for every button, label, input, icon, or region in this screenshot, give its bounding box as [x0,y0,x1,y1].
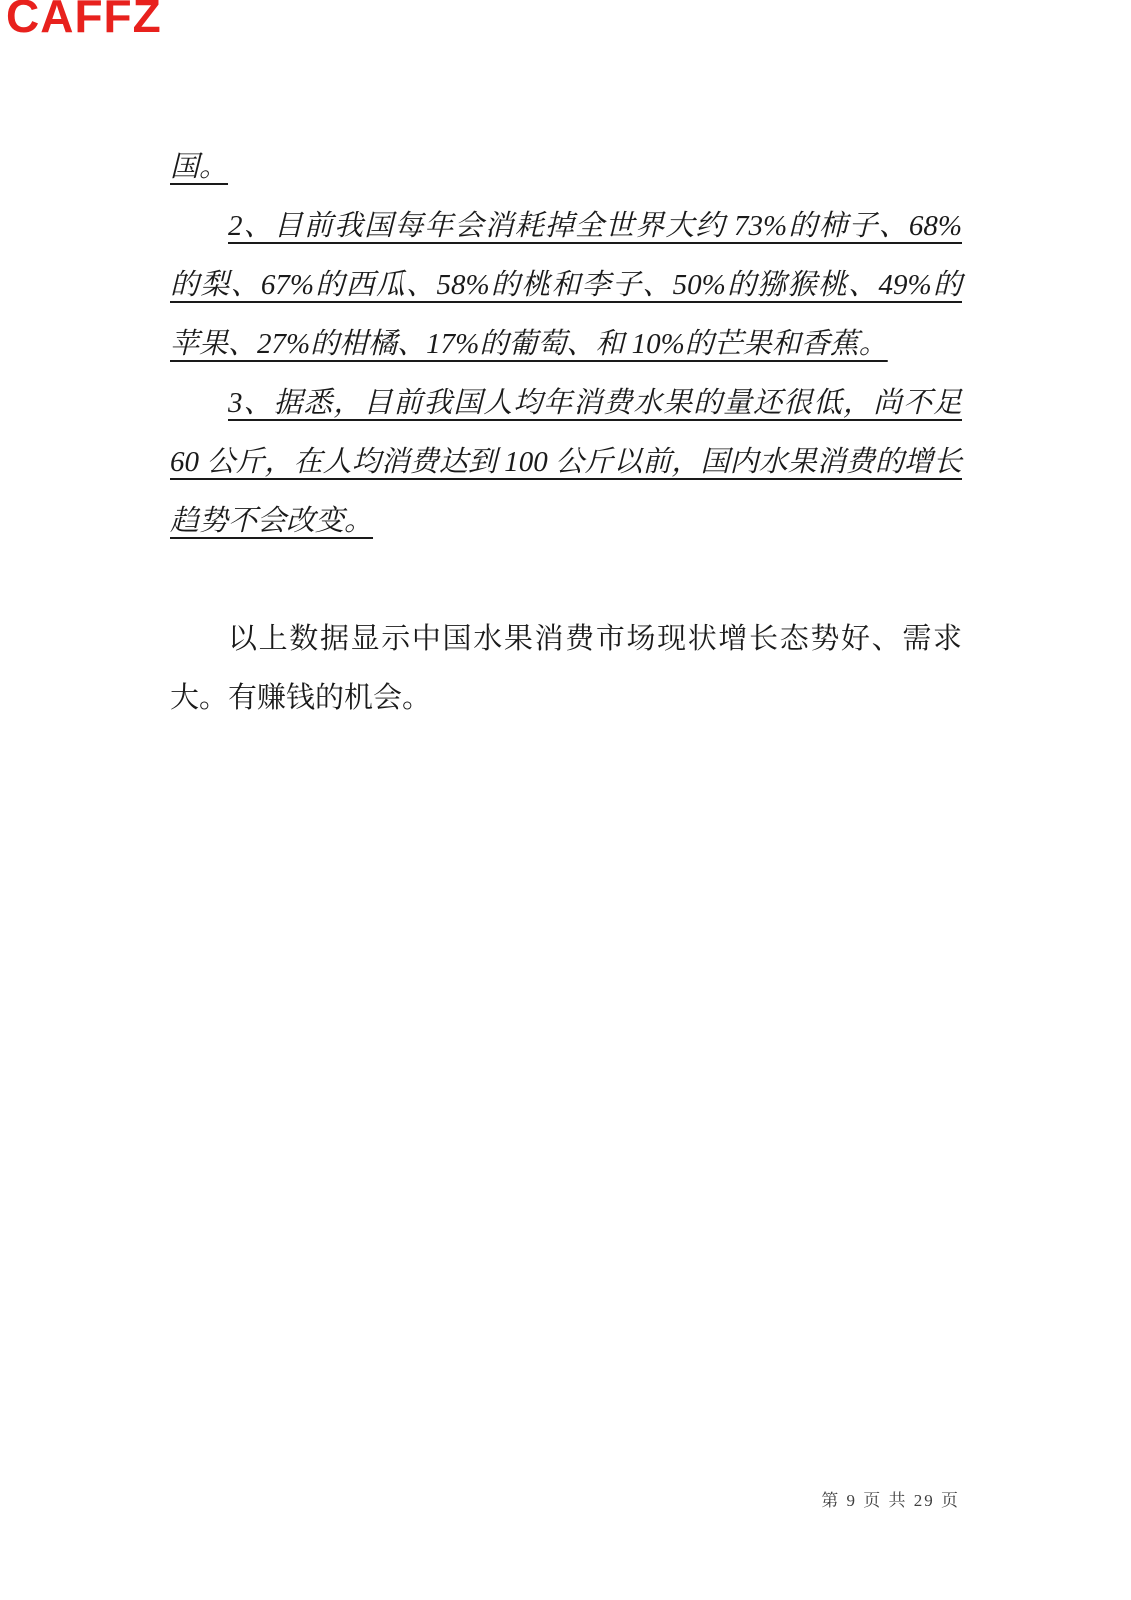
document-body: 国。 2、目前我国每年会消耗掉全世界大约 73%的柿子、68%的梨、67%的西瓜… [170,138,962,728]
paragraph-continuation: 国。 [170,138,962,197]
paragraph-conclusion: 以上数据显示中国水果消费市场现状增长态势好、需求大。有赚钱的机会。 [170,610,962,728]
paragraph-list-item-2: 2、目前我国每年会消耗掉全世界大约 73%的柿子、68%的梨、67%的西瓜、58… [170,197,962,374]
paragraph-list-item-3: 3、据悉，目前我国人均年消费水果的量还很低，尚不足 60 公斤，在人均消费达到 … [170,374,962,551]
page-number-footer: 第 9 页 共 29 页 [660,1486,960,1511]
watermark-logo: CAFFZ [6,0,162,40]
document-page: CAFFZ 国。 2、目前我国每年会消耗掉全世界大约 73%的柿子、68%的梨、… [0,0,1131,1600]
